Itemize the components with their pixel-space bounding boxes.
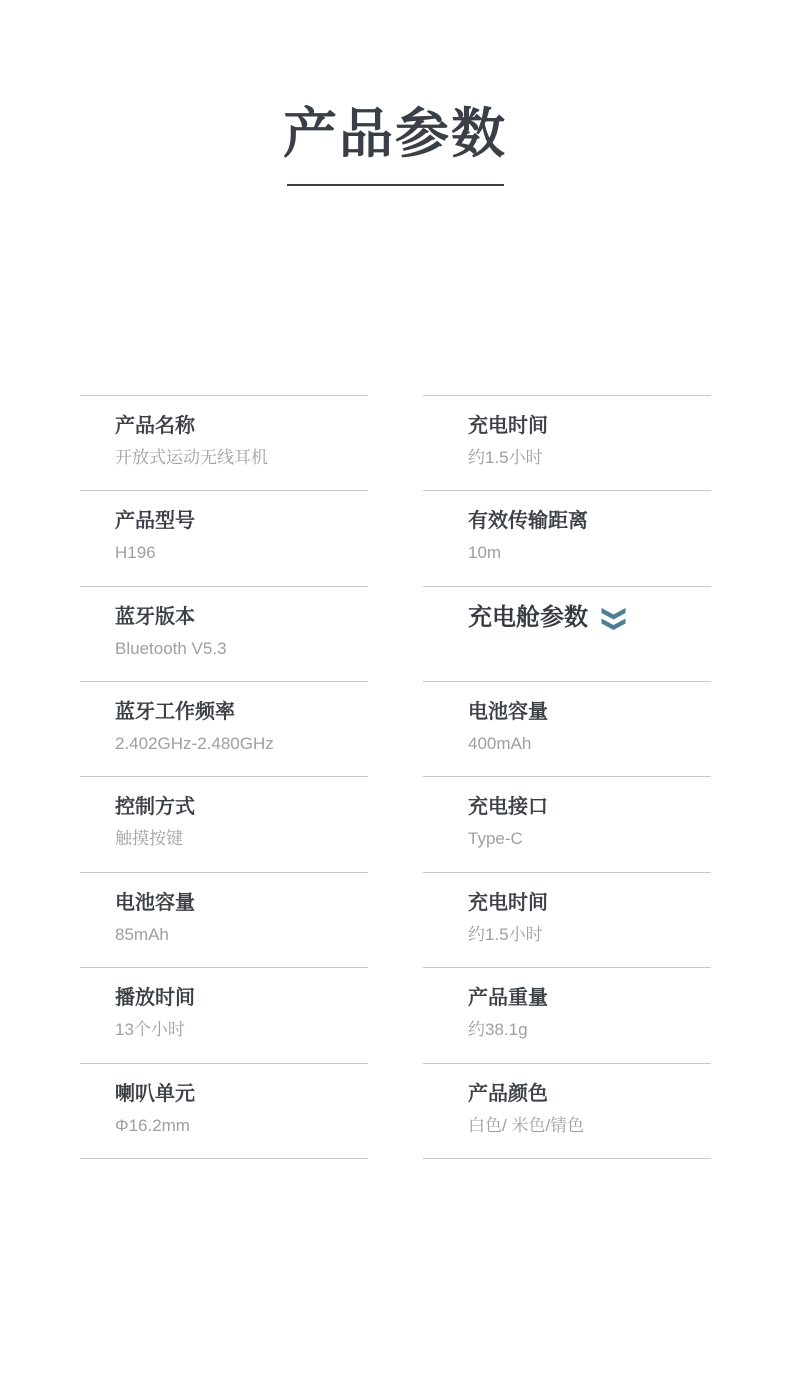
spec-value: 约1.5小时 (468, 924, 711, 945)
spec-value: Bluetooth V5.3 (115, 638, 368, 659)
double-chevron-down-icon (600, 608, 627, 630)
spec-item-bluetooth-frequency: 蓝牙工作频率 2.402GHz-2.480GHz (80, 681, 368, 776)
spec-value: 85mAh (115, 924, 368, 945)
spec-column-left: 产品名称 开放式运动无线耳机 产品型号 H196 蓝牙版本 Bluetooth … (80, 395, 368, 1159)
spec-item-case-charge-time: 充电时间 约1.5小时 (423, 872, 711, 967)
spec-value: 约1.5小时 (468, 447, 711, 468)
spec-value: 触摸按键 (115, 828, 368, 849)
spec-value: H196 (115, 542, 368, 563)
spec-item-product-name: 产品名称 开放式运动无线耳机 (80, 395, 368, 490)
spec-label: 产品名称 (115, 413, 368, 439)
spec-column-right: 充电时间 约1.5小时 有效传输距离 10m 充电舱参数 电池容量 400mAh (423, 395, 711, 1159)
spec-item-model: 产品型号 H196 (80, 490, 368, 585)
spec-item-control-method: 控制方式 触摸按键 (80, 776, 368, 871)
product-spec-page: 产品参数 产品名称 开放式运动无线耳机 产品型号 H196 蓝牙版本 Bluet… (0, 0, 790, 1400)
spec-value: 2.402GHz-2.480GHz (115, 733, 368, 754)
spec-value: 白色/ 米色/锖色 (468, 1115, 711, 1136)
spec-item-charge-time: 充电时间 约1.5小时 (423, 395, 711, 490)
spec-item-transmission-distance: 有效传输距离 10m (423, 490, 711, 585)
spec-label: 电池容量 (468, 699, 711, 725)
spec-value: 开放式运动无线耳机 (115, 447, 368, 468)
page-header: 产品参数 (0, 0, 790, 186)
spec-item-bluetooth-version: 蓝牙版本 Bluetooth V5.3 (80, 586, 368, 681)
spec-value: 约38.1g (468, 1019, 711, 1040)
spec-item-play-time: 播放时间 13个小时 (80, 967, 368, 1062)
spec-value: 10m (468, 542, 711, 563)
spec-value: Φ16.2mm (115, 1115, 368, 1136)
spec-label: 产品颜色 (468, 1081, 711, 1107)
spec-label: 播放时间 (115, 985, 368, 1011)
spec-label: 控制方式 (115, 794, 368, 820)
section-header-charging-case: 充电舱参数 (423, 586, 711, 681)
spec-label: 充电接口 (468, 794, 711, 820)
spec-value: 400mAh (468, 733, 711, 754)
spec-label: 产品重量 (468, 985, 711, 1011)
spec-label: 蓝牙工作频率 (115, 699, 368, 725)
spec-label: 充电时间 (468, 890, 711, 916)
spec-label: 蓝牙版本 (115, 604, 368, 630)
section-header: 充电舱参数 (468, 602, 711, 633)
spec-grid: 产品名称 开放式运动无线耳机 产品型号 H196 蓝牙版本 Bluetooth … (80, 395, 711, 1159)
spec-item-case-battery-capacity: 电池容量 400mAh (423, 681, 711, 776)
spec-item-product-weight: 产品重量 约38.1g (423, 967, 711, 1062)
page-title: 产品参数 (0, 102, 790, 167)
spec-label: 产品型号 (115, 508, 368, 534)
spec-item-speaker-unit: 喇叭单元 Φ16.2mm (80, 1063, 368, 1158)
spec-item-battery-capacity: 电池容量 85mAh (80, 872, 368, 967)
spec-label: 有效传输距离 (468, 508, 711, 534)
spec-label: 充电时间 (468, 413, 711, 439)
title-underline (287, 184, 504, 186)
spec-label: 喇叭单元 (115, 1081, 368, 1107)
spec-item-charge-port: 充电接口 Type-C (423, 776, 711, 871)
spec-label: 电池容量 (115, 890, 368, 916)
section-title: 充电舱参数 (468, 602, 588, 633)
spec-value: Type-C (468, 828, 711, 849)
spec-value: 13个小时 (115, 1019, 368, 1040)
spec-item-product-color: 产品颜色 白色/ 米色/锖色 (423, 1063, 711, 1158)
